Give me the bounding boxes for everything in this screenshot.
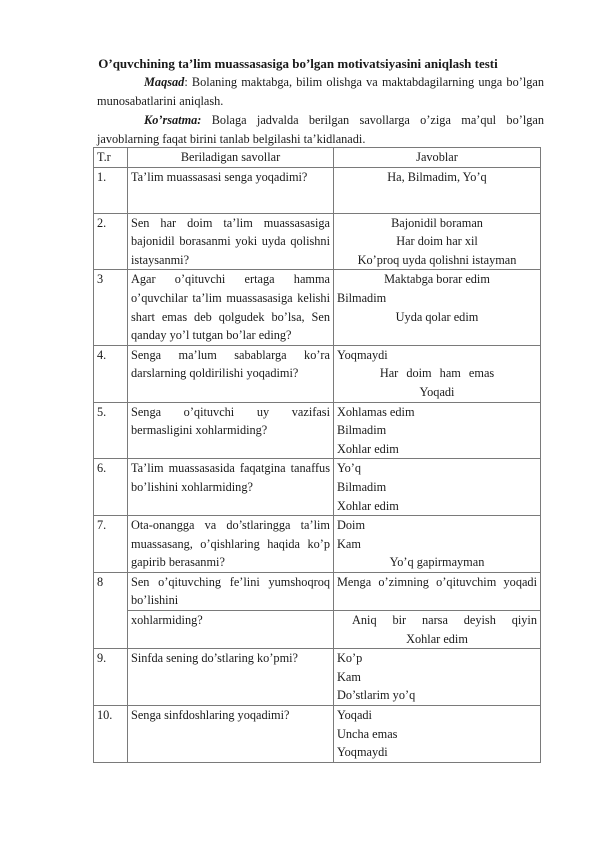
row-question: Ota-onangga va do’stlaringga ta’lim muas… [128, 516, 334, 573]
row-number: 3 [94, 270, 128, 345]
goal-label: Maqsad [144, 75, 184, 89]
answer-option: Ko’proq uyda qolishni istayman [337, 251, 537, 270]
row-number: 5. [94, 402, 128, 459]
row-question: Senga o’qituvchi uy vazifasi bermasligin… [128, 402, 334, 459]
header-answers: Javoblar [334, 148, 541, 168]
instruction-paragraph: Ko’rsatma: Bolaga jadvalda berilgan savo… [97, 111, 544, 148]
row-question: Ta’lim muassasasida faqatgina tanaffus b… [128, 459, 334, 516]
table-row: 10. Senga sinfdoshlaring yoqadimi? Yoqad… [94, 706, 541, 763]
answer-option: Yoqmaydi [337, 743, 537, 762]
row-question: Agar o’qituvchi ertaga hamma o’quvchilar… [128, 270, 334, 345]
answer-option: Yoqmaydi [337, 346, 537, 365]
row-answers: Menga o’zimning o’qituvchim yoqadi [334, 572, 541, 610]
answer-option: Menga o’zimning o’qituvchim yoqadi [337, 575, 537, 589]
answer-option: Ha, Bilmadim, Yo’q [337, 168, 537, 187]
row-answers: Yo’q Bilmadim Xohlar edim [334, 459, 541, 516]
answer-option: Bilmadim [337, 289, 537, 308]
questionnaire-table: T.r Beriladigan savollar Javoblar 1. Ta’… [93, 147, 541, 763]
answer-option: Yoqadi [337, 383, 537, 402]
table-row: 1. Ta’lim muassasasi senga yoqadimi? Ha,… [94, 167, 541, 213]
row-answers: Doim Kam Yo’q gapirmayman [334, 516, 541, 573]
answer-option: Kam [337, 668, 537, 687]
row-number: 6. [94, 459, 128, 516]
row-answers: Aniq bir narsa deyish qiyin Xohlar edim [334, 611, 541, 649]
table-row: 7. Ota-onangga va do’stlaringga ta’lim m… [94, 516, 541, 573]
answer-option: Xohlar edim [337, 630, 537, 649]
answer-option: Ko’p [337, 649, 537, 668]
table-row: 2. Sen har doim ta’lim muassasasiga bajo… [94, 213, 541, 270]
row-number: 1. [94, 167, 128, 213]
answer-option: Har doim har xil [337, 232, 537, 251]
answer-option: Yoqadi [337, 706, 537, 725]
table-row: 5. Senga o’qituvchi uy vazifasi bermasli… [94, 402, 541, 459]
answer-option: Xohlar edim [337, 440, 537, 459]
table-row: 6. Ta’lim muassasasida faqatgina tanaffu… [94, 459, 541, 516]
answer-option: Doim [337, 516, 537, 535]
answer-option: Do’stlarim yo’q [337, 686, 537, 705]
row-answers: Xohlamas edim Bilmadim Xohlar edim [334, 402, 541, 459]
row-question: Sinfda sening do’stlaring ko’pmi? [128, 649, 334, 706]
row-answers: Maktabga borar edim Bilmadim Uyda qolar … [334, 270, 541, 345]
table-row: 3 Agar o’qituvchi ertaga hamma o’quvchil… [94, 270, 541, 345]
answer-option: Maktabga borar edim [337, 270, 537, 289]
answer-option: Bilmadim [337, 478, 537, 497]
instruction-label: Ko’rsatma: [144, 113, 201, 127]
table-row: 8 Sen o’qituvching fe’lini yumshoqroq bo… [94, 572, 541, 610]
row-number: 2. [94, 213, 128, 270]
row-number: 4. [94, 345, 128, 402]
row-answers: Yoqadi Uncha emas Yoqmaydi [334, 706, 541, 763]
goal-paragraph: Maqsad: Bolaning maktabga, bilim olishga… [97, 73, 544, 110]
answer-option: Xohlar edim [337, 497, 537, 516]
table-row: 9. Sinfda sening do’stlaring ko’pmi? Ko’… [94, 649, 541, 706]
table-row: xohlarmiding? Aniq bir narsa deyish qiyi… [94, 611, 541, 649]
row-answers: Yoqmaydi Har doim ham emas Yoqadi [334, 345, 541, 402]
row-number: 10. [94, 706, 128, 763]
answer-option: Uyda qolar edim [337, 308, 537, 327]
table-header-row: T.r Beriladigan savollar Javoblar [94, 148, 541, 168]
row-question: Ta’lim muassasasi senga yoqadimi? [128, 167, 334, 213]
row-number: 8 [94, 572, 128, 610]
document-title: O’quvchining ta’lim muassasasiga bo’lgan… [0, 56, 596, 72]
answer-option: Yo’q [337, 459, 537, 478]
header-number: T.r [94, 148, 128, 168]
row-number: 9. [94, 649, 128, 706]
row-number: 7. [94, 516, 128, 573]
answer-option: Bajonidil boraman [337, 214, 537, 233]
row-question: Senga sinfdoshlaring yoqadimi? [128, 706, 334, 763]
row-answers: Ko’p Kam Do’stlarim yo’q [334, 649, 541, 706]
header-questions: Beriladigan savollar [128, 148, 334, 168]
answer-option: Yo’q gapirmayman [337, 553, 537, 572]
row-question: Sen har doim ta’lim muassasasiga bajonid… [128, 213, 334, 270]
table-row: 4. Senga ma’lum sabablarga ko’ra darslar… [94, 345, 541, 402]
row-number [94, 611, 128, 649]
answer-option: Uncha emas [337, 725, 537, 744]
row-question: xohlarmiding? [128, 611, 334, 649]
row-answers: Ha, Bilmadim, Yo’q [334, 167, 541, 213]
answer-option: Har doim ham emas [337, 364, 537, 383]
answer-option: Bilmadim [337, 421, 537, 440]
answer-option: Aniq bir narsa deyish qiyin [337, 611, 537, 630]
answer-option: Kam [337, 535, 537, 554]
answer-option: Xohlamas edim [337, 403, 537, 422]
row-question: Senga ma’lum sabablarga ko’ra darslarnin… [128, 345, 334, 402]
row-question: Sen o’qituvching fe’lini yumshoqroq bo’l… [128, 572, 334, 610]
row-answers: Bajonidil boraman Har doim har xil Ko’pr… [334, 213, 541, 270]
